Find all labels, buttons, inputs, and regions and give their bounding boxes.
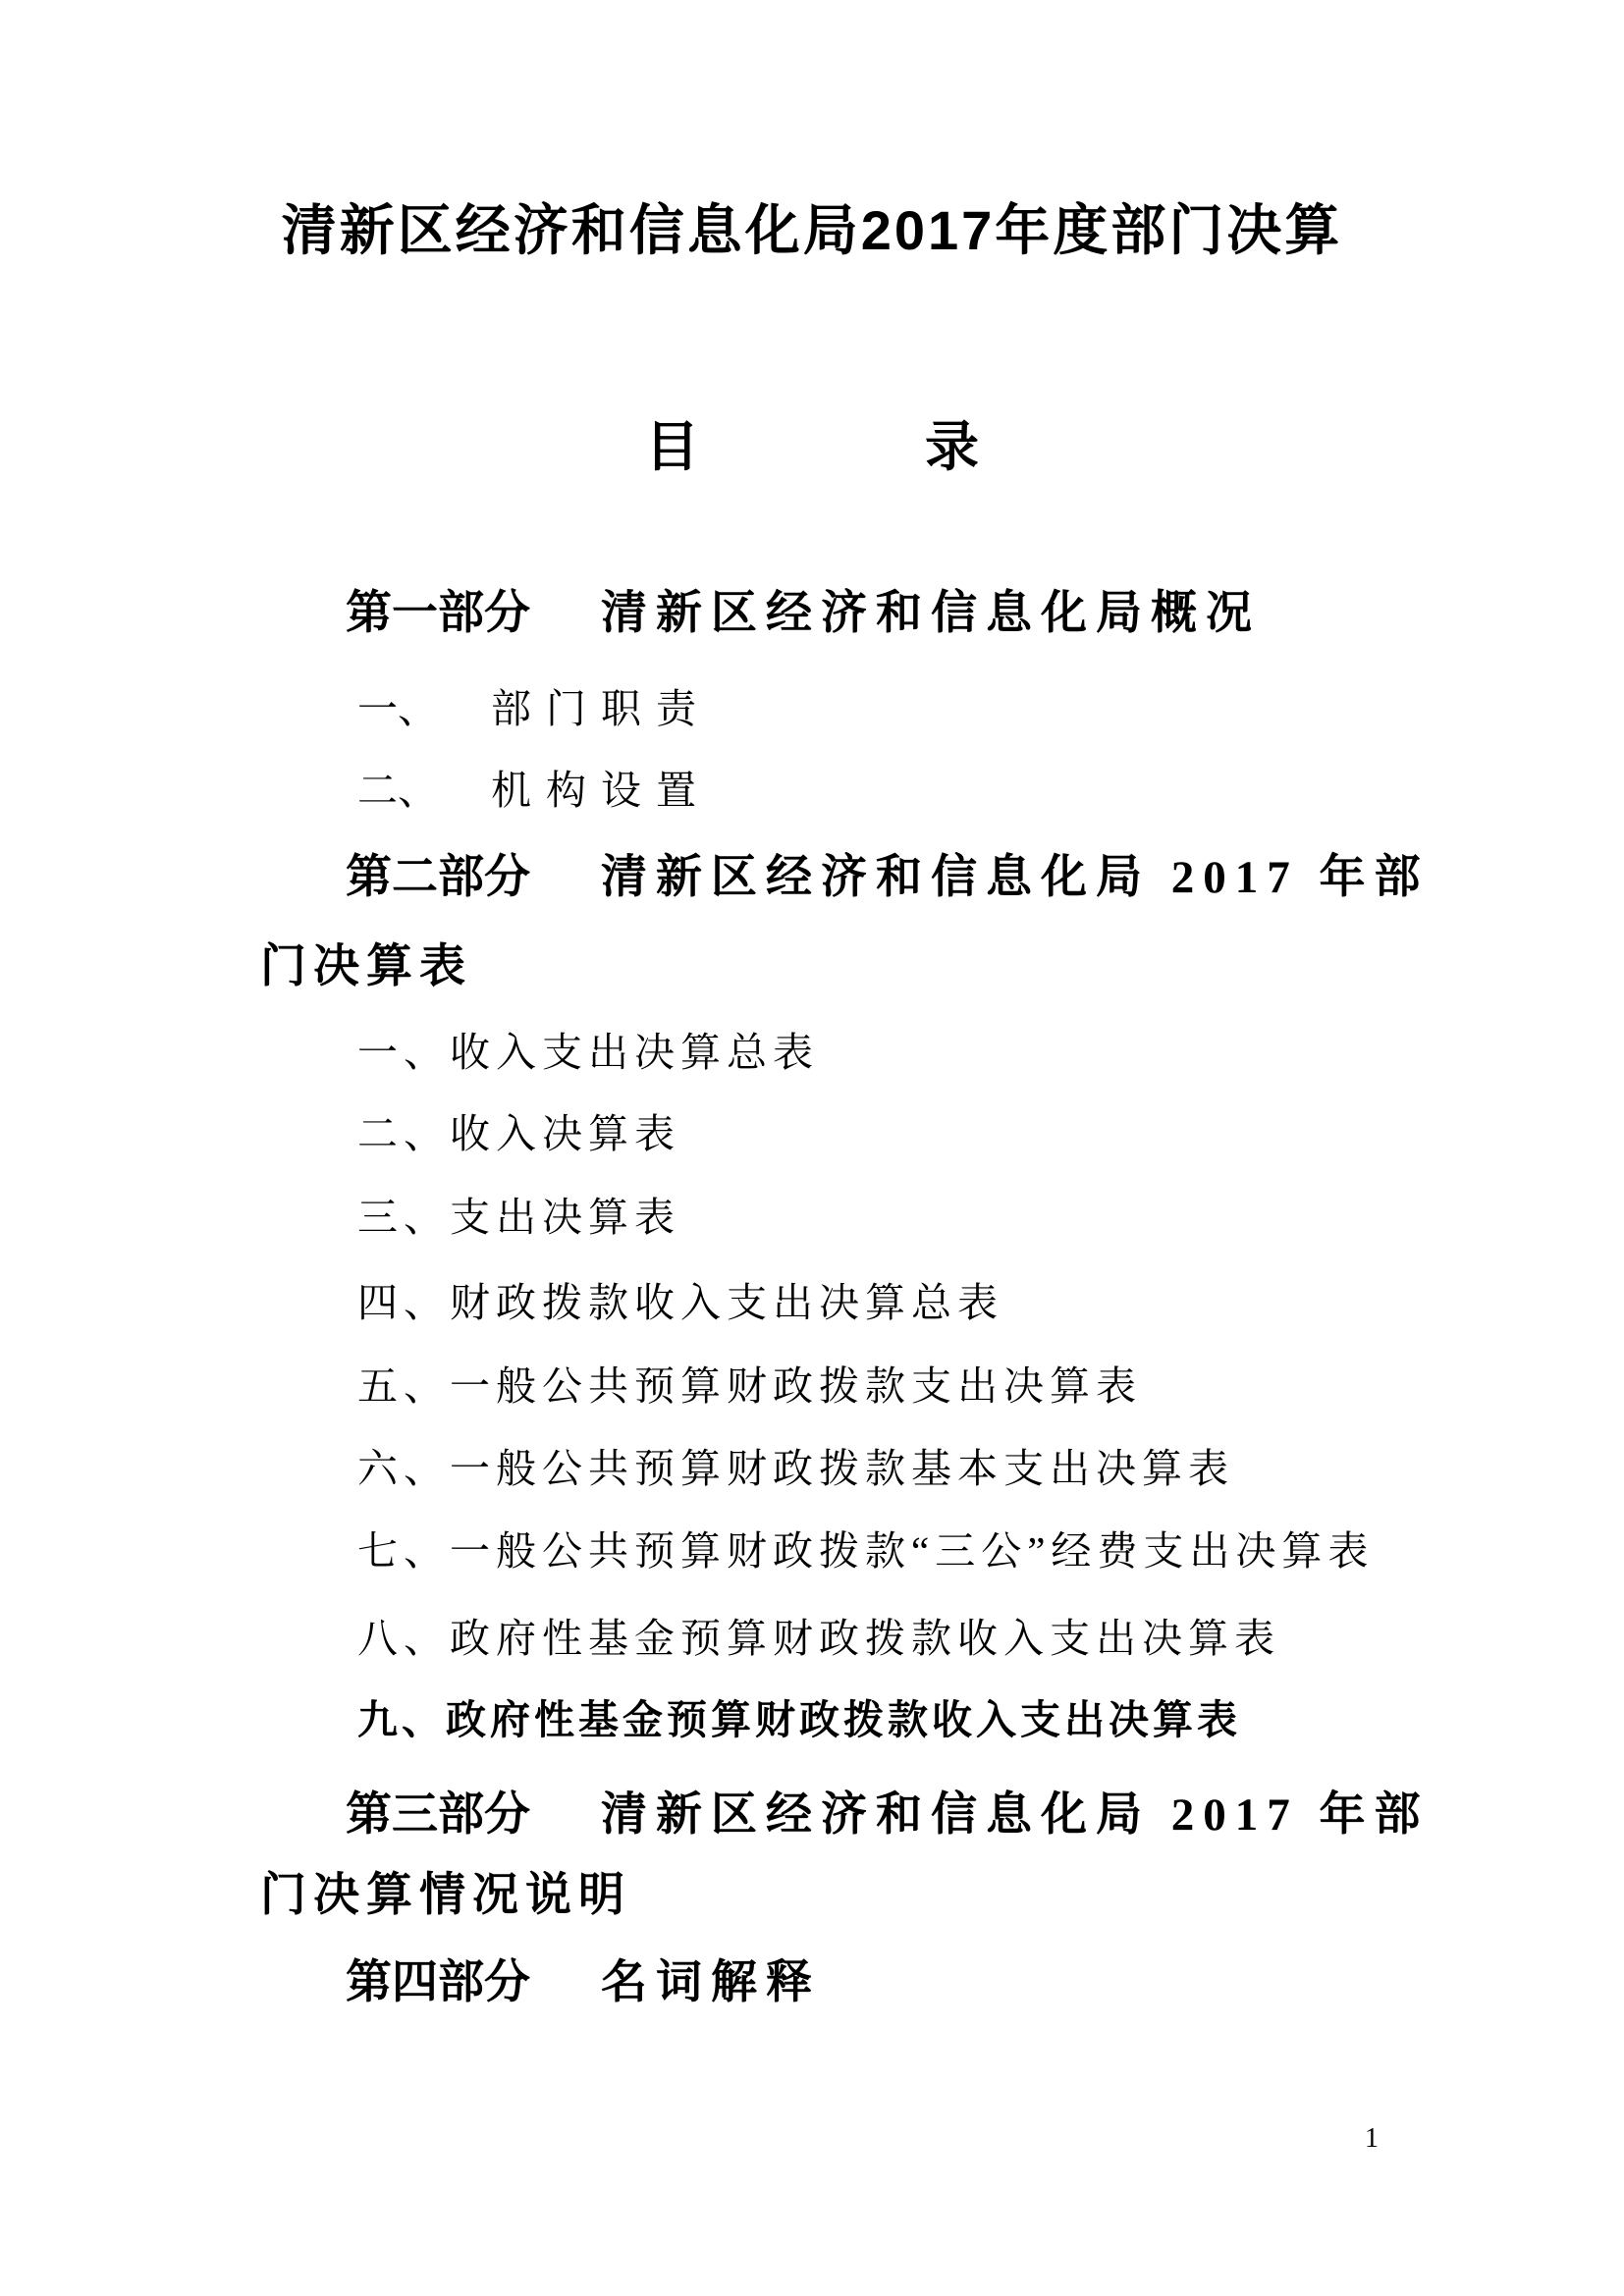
part3-heading: 第三部分清新区经济和信息化局 2017 年部 bbox=[346, 1788, 1430, 1842]
part3-label: 第三部分 bbox=[346, 1789, 530, 1841]
part3-title-line2: 门决算情况说明 bbox=[260, 1868, 631, 1923]
part2-item-5: 五、一般公共预算财政拨款支出决算表 bbox=[357, 1362, 1142, 1411]
part4-heading: 第四部分名词解释 bbox=[346, 1955, 821, 2010]
part1-item-2-text: 机构设置 bbox=[491, 768, 711, 813]
part2-title-line1: 清新区经济和信息化局 2017 年部 bbox=[601, 852, 1430, 903]
part1-heading: 第一部分清新区经济和信息化局概况 bbox=[346, 586, 1261, 641]
part1-title: 清新区经济和信息化局概况 bbox=[601, 588, 1261, 639]
part1-item-2: 二、机构设置 bbox=[357, 767, 711, 815]
toc-heading-left-char: 目 bbox=[645, 416, 699, 478]
toc-heading-right-char: 录 bbox=[925, 416, 979, 478]
part2-label: 第二部分 bbox=[346, 852, 530, 903]
part1-item-1-text: 部门职责 bbox=[491, 686, 711, 731]
part2-item-6: 六、一般公共预算财政拨款基本支出决算表 bbox=[357, 1445, 1234, 1493]
part2-item-4: 四、财政拨款收入支出决算总表 bbox=[357, 1279, 1003, 1327]
part2-item-7: 七、一般公共预算财政拨款“三公”经费支出决算表 bbox=[357, 1527, 1374, 1575]
part2-item-2: 二、收入决算表 bbox=[357, 1110, 680, 1158]
part2-item-3: 三、支出决算表 bbox=[357, 1194, 680, 1242]
part4-label: 第四部分 bbox=[346, 1957, 530, 2008]
part1-item-1: 一、部门职责 bbox=[357, 685, 711, 733]
part1-item-1-number: 一、 bbox=[357, 686, 438, 731]
part1-item-2-number: 二、 bbox=[357, 768, 438, 813]
part4-title: 名词解释 bbox=[601, 1957, 821, 2008]
part2-item-1: 一、收入支出决算总表 bbox=[357, 1029, 819, 1077]
part2-title-line2: 门决算表 bbox=[260, 939, 472, 994]
part2-item-8: 八、政府性基金预算财政拨款收入支出决算表 bbox=[357, 1615, 1280, 1663]
part1-label: 第一部分 bbox=[346, 588, 530, 639]
part3-title-line1: 清新区经济和信息化局 2017 年部 bbox=[601, 1789, 1430, 1841]
page-number: 1 bbox=[1365, 2122, 1379, 2156]
document-page: 清新区经济和信息化局2017年度部门决算 目 录 第一部分清新区经济和信息化局概… bbox=[0, 0, 1624, 2296]
toc-heading: 目 录 bbox=[0, 416, 1624, 478]
part2-item-9: 九、政府性基金预算财政拨款收入支出决算表 bbox=[357, 1696, 1241, 1744]
part2-heading: 第二部分清新区经济和信息化局 2017 年部 bbox=[346, 850, 1430, 905]
document-title: 清新区经济和信息化局2017年度部门决算 bbox=[0, 199, 1624, 262]
